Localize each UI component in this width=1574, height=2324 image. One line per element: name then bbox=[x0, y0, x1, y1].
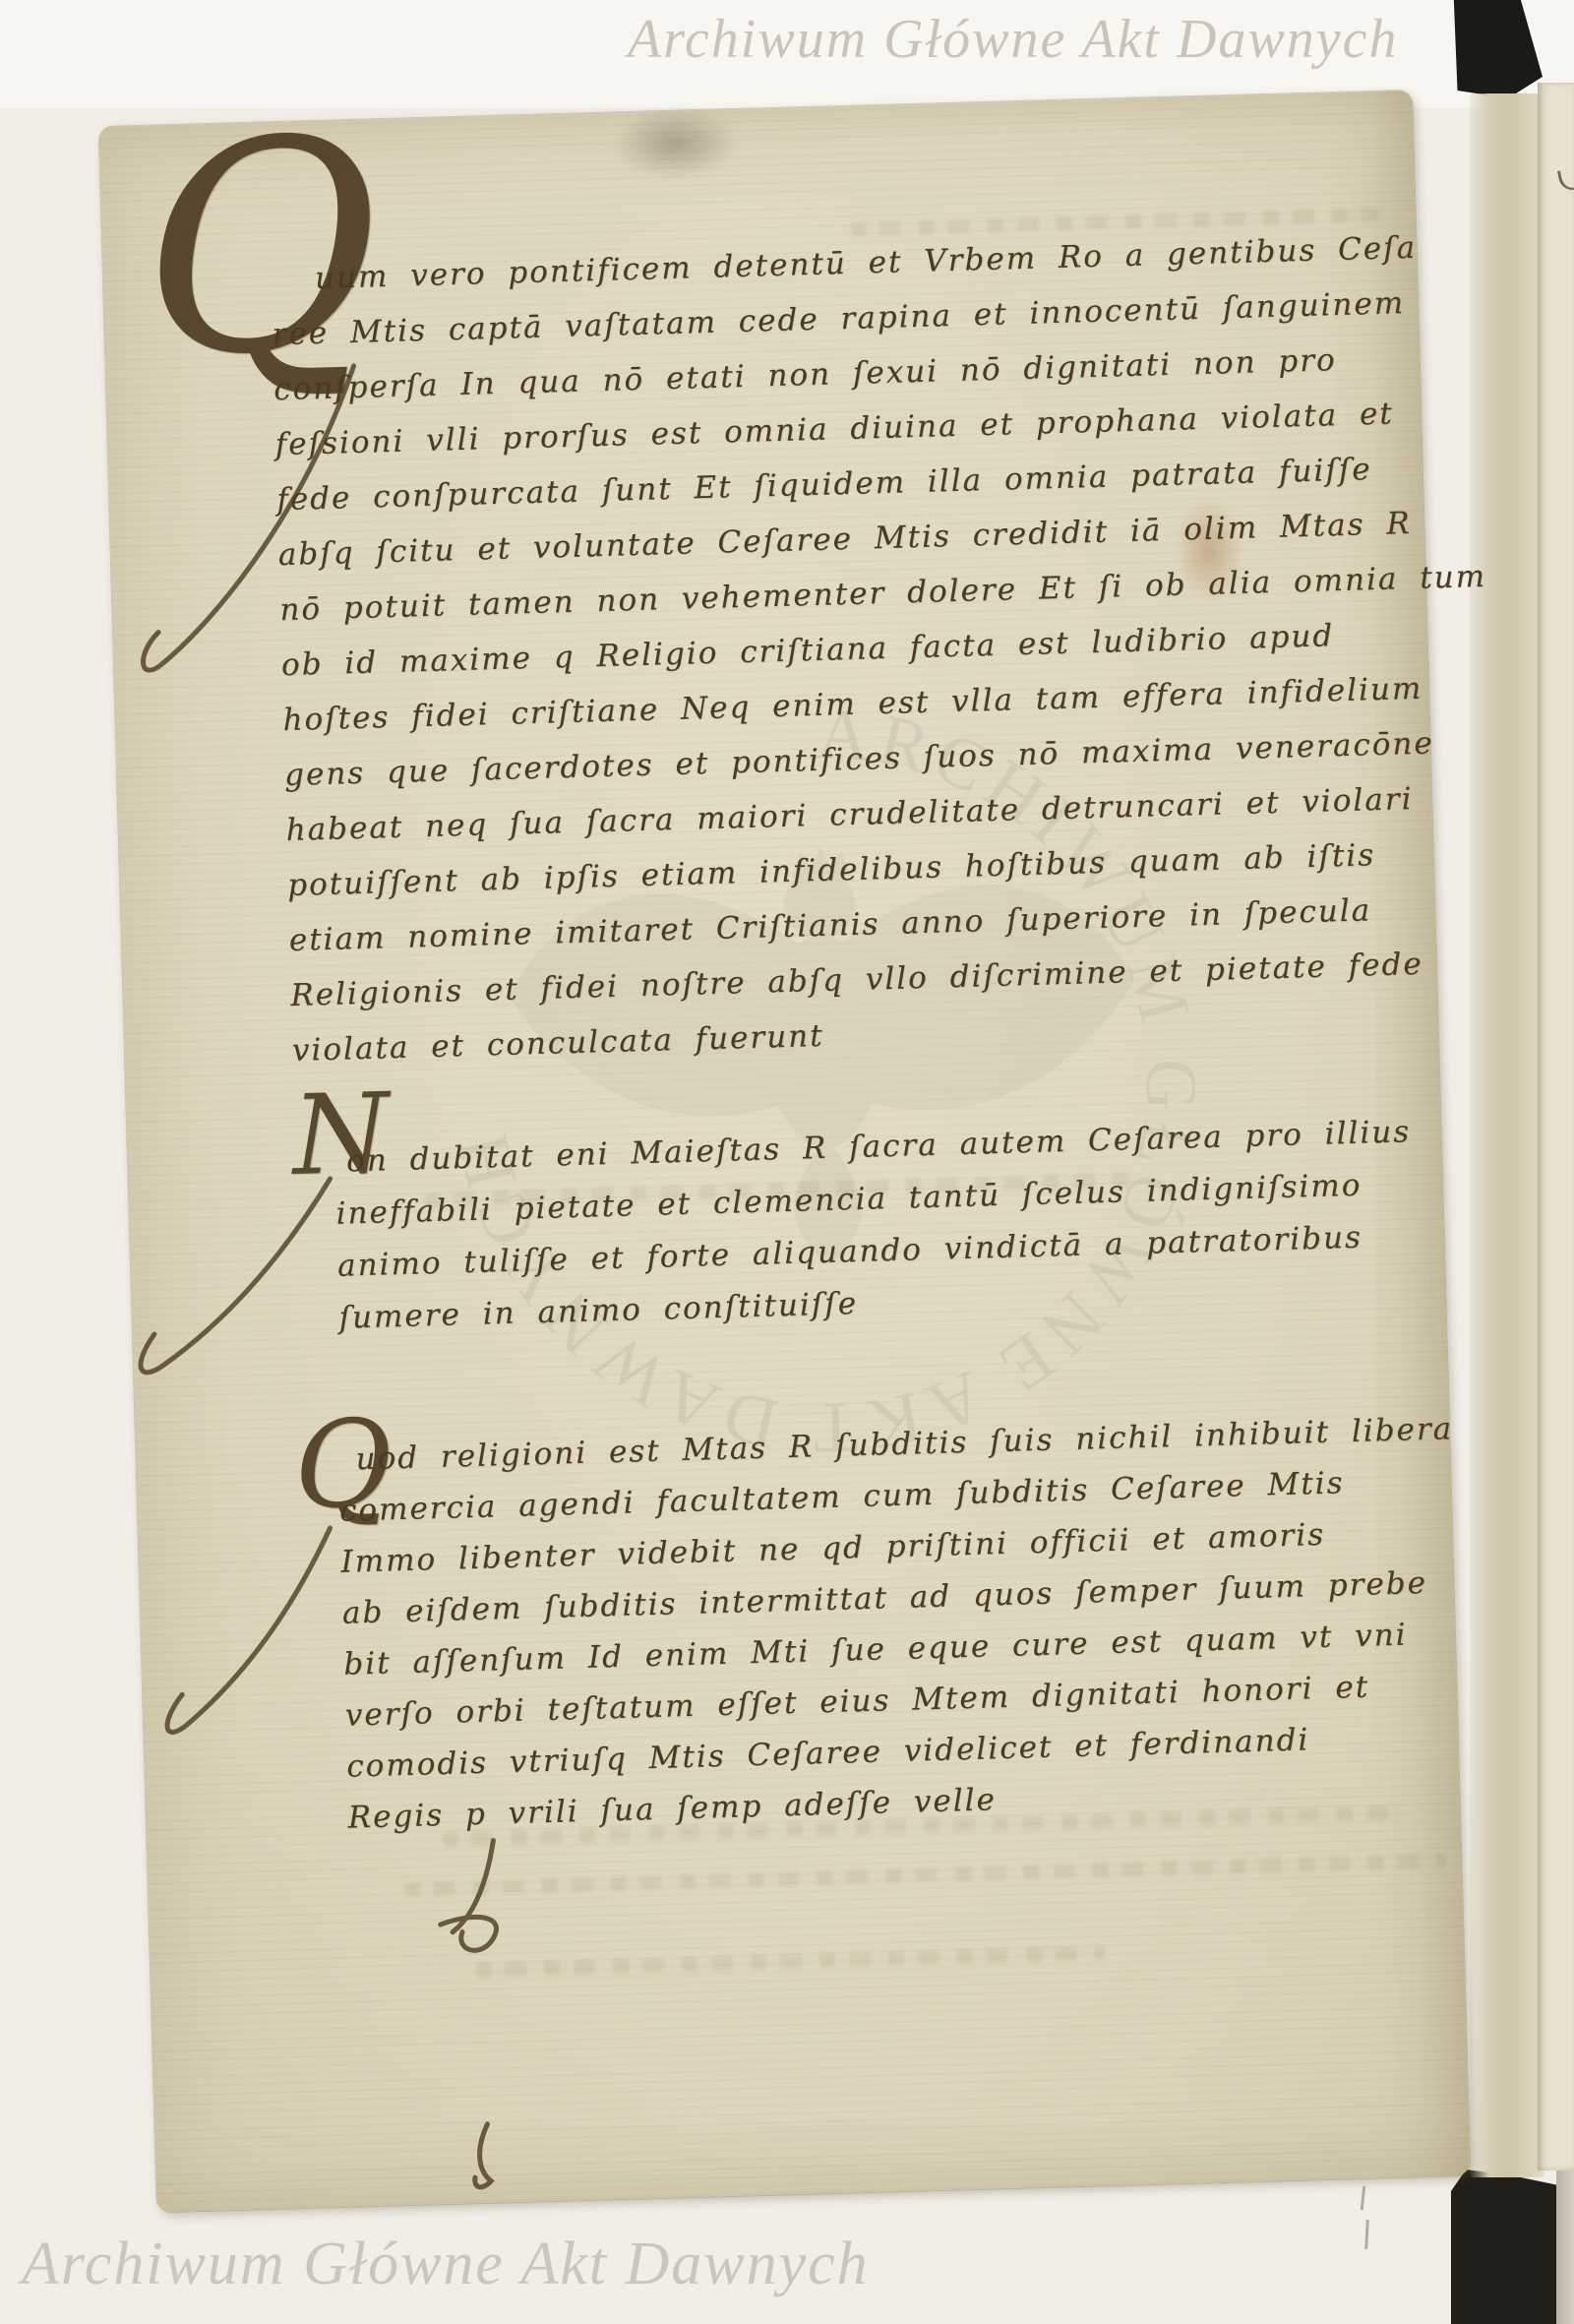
adjacent-page-ink-fragment bbox=[1557, 167, 1574, 192]
manuscript-paragraph-2: on dubitat eni Maieſtas R ſacra autem Ce… bbox=[333, 1106, 1416, 1344]
archive-watermark-bottom: Archiwum Główne Akt Dawnych bbox=[22, 2230, 870, 2299]
manuscript-scan: Archiwum Główne Akt Dawnych ARCHIWUM GŁÓ… bbox=[0, 0, 1574, 2324]
binding-gap-bottom bbox=[1451, 2170, 1557, 2324]
pencil-mark bbox=[1361, 2186, 1365, 2210]
manuscript-paragraph-3: uod religioni est Mtas R ſubditis ſuis n… bbox=[337, 1403, 1464, 1844]
adjacent-page-edge bbox=[1538, 83, 1574, 2171]
pencil-mark bbox=[1364, 2220, 1369, 2249]
adjacent-page-edge-bottom bbox=[1556, 2170, 1574, 2324]
manuscript-paragraph-1: uum vero pontificem detentū et Vrbem Ro … bbox=[270, 218, 1499, 1078]
manuscript-page: ARCHIWUM GŁÓWNE AKT DAWNYCH Q N Q bbox=[99, 91, 1471, 2212]
